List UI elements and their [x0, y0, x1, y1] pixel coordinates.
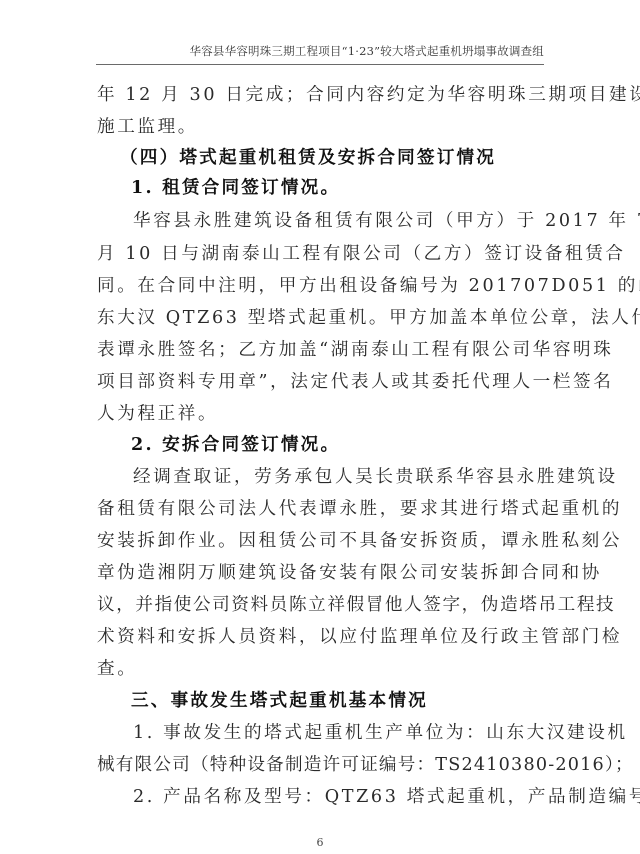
body-line: 备租赁有限公司法人代表谭永胜，要求其进行塔式起重机的	[97, 499, 549, 519]
body-line: 械有限公司（特种设备制造许可证编号：TS2410380-2016）；	[97, 755, 549, 775]
body-line: 1. 事故发生的塔式起重机生产单位为：山东大汉建设机	[133, 723, 549, 743]
subheading-lease-contract: 1. 租赁合同签订情况。	[131, 178, 583, 198]
body-line: 安装拆卸作业。因租赁公司不具备安拆资质，谭永胜私刻公	[97, 531, 549, 551]
body-line: 项目部资料专用章”，法定代表人或其委托代理人一栏签名	[97, 372, 549, 392]
running-header: 华容县华容明珠三期工程项目“1·23”较大塔式起重机坍塌事故调查组	[96, 42, 544, 65]
body-line: 人为程正祥。	[97, 404, 549, 424]
body-line: 议，并指使公司资料员陈立祥假冒他人签字，伪造塔吊工程技	[97, 595, 549, 615]
body-line: 月 10 日与湖南泰山工程有限公司（乙方）签订设备租赁合	[97, 244, 549, 264]
body-line: 年 12 月 30 日完成；合同内容约定为华容明珠三期项目建设	[97, 85, 549, 105]
body-line: 经调查取证，劳务承包人吴长贵联系华容县永胜建筑设	[133, 467, 549, 487]
page-number: 6	[0, 836, 640, 849]
section-heading-3: 三、事故发生塔式起重机基本情况	[131, 691, 583, 711]
body-line: 同。在合同中注明，甲方出租设备编号为 201707D051 的山	[97, 276, 549, 296]
body-line: 2. 产品名称及型号：QTZ63 塔式起重机，产品制造编号	[133, 787, 549, 807]
body-line: 表谭永胜签名；乙方加盖“湖南泰山工程有限公司华容明珠	[97, 340, 549, 360]
body-line: 查。	[97, 659, 549, 679]
body-line: 施工监理。	[97, 117, 549, 137]
body-line: 华容县永胜建筑设备租赁有限公司（甲方）于 2017 年 7	[133, 211, 549, 231]
section-heading-4: （四）塔式起重机租赁及安拆合同签订情况	[120, 148, 572, 168]
body-line: 章伪造湘阴万顺建筑设备安装有限公司安装拆卸合同和协	[97, 563, 549, 583]
body-line: 术资料和安拆人员资料，以应付监理单位及行政主管部门检	[97, 627, 549, 647]
subheading-install-contract: 2. 安拆合同签订情况。	[131, 435, 583, 455]
body-line: 东大汉 QTZ63 型塔式起重机。甲方加盖本单位公章，法人代	[97, 308, 549, 328]
